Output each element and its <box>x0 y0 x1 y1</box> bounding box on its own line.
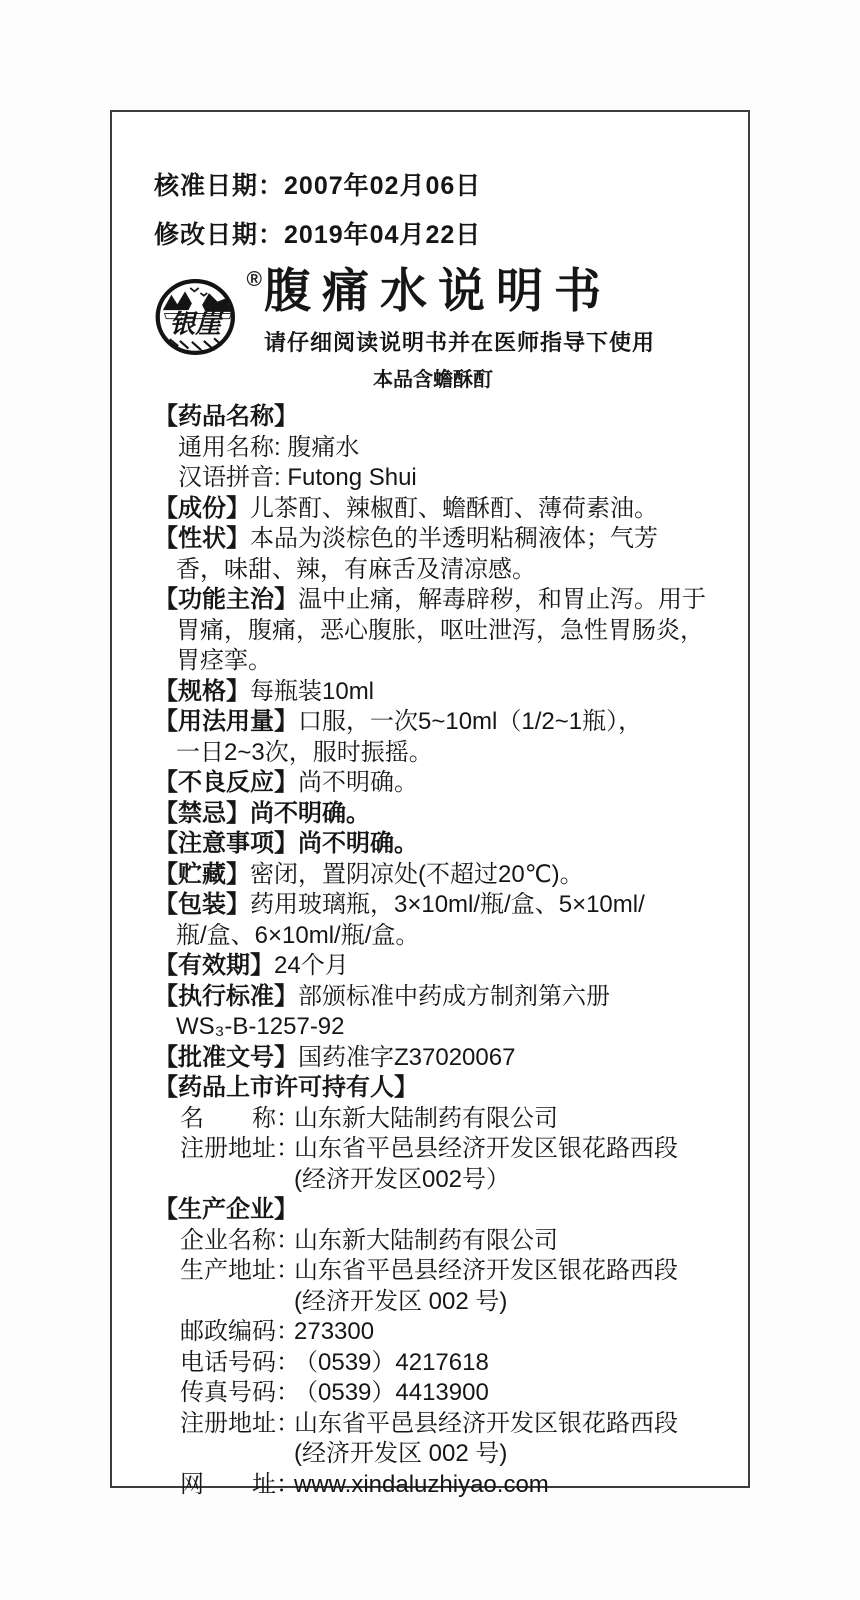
mah-name-label: 名 称： <box>180 1104 294 1135</box>
production-address-row: 生产地址： 山东省平邑县经济开发区银花路西段 (经济开发区 002 号) <box>154 1256 714 1317</box>
section-dosage: 【用法用量】口服，一次5~10ml（1/2~1瓶）， <box>154 707 714 738</box>
dates-block: 核准日期：2007年02月06日 修改日期：2019年04月22日 <box>154 166 714 251</box>
section-adverse-reactions-text: 尚不明确。 <box>298 769 418 796</box>
section-storage-label: 【贮藏】 <box>154 861 250 888</box>
section-standard-label: 【执行标准】 <box>154 983 298 1010</box>
production-address-line-1: 山东省平邑县经济开发区银花路西段 <box>294 1256 714 1287</box>
section-standard-text: 部颁标准中药成方制剂第六册 <box>298 983 610 1010</box>
website-row: 网 址： www.xindaluzhiyao.com <box>154 1470 714 1501</box>
section-packaging: 【包装】药用玻璃瓶，3×10ml/瓶/盒、5×10ml/ <box>154 890 714 921</box>
section-precautions-label: 【注意事项】 <box>154 830 298 857</box>
manufacturer-name-row: 企业名称： 山东新大陆制药有限公司 <box>154 1226 714 1257</box>
registered-address-line-1: 山东省平邑县经济开发区银花路西段 <box>294 1409 714 1440</box>
header: 银崖 ® 腹痛水说明书 请仔细阅读说明书并在医师指导下使用 本品含蟾酥酊 <box>154 264 714 392</box>
section-functions-label: 【功能主治】 <box>154 586 298 613</box>
section-contraindications: 【禁忌】尚不明确。 <box>154 799 714 830</box>
section-mah-label: 【药品上市许可持有人】 <box>154 1074 418 1101</box>
section-specification: 【规格】每瓶装10ml <box>154 677 714 708</box>
section-validity: 【有效期】24个月 <box>154 951 714 982</box>
leaflet-sheet: 核准日期：2007年02月06日 修改日期：2019年04月22日 银崖 ® <box>110 110 750 1488</box>
phone-number-row: 电话号码： （0539）4217618 <box>154 1348 714 1379</box>
mah-name-value: 山东新大陆制药有限公司 <box>294 1104 714 1135</box>
registered-address-line-2: (经济开发区 002 号) <box>294 1439 714 1470</box>
approval-date-line: 核准日期：2007年02月06日 <box>154 166 714 202</box>
section-adverse-reactions-label: 【不良反应】 <box>154 769 298 796</box>
revision-date-value: 2019年04月22日 <box>284 221 481 249</box>
production-address-line-2: (经济开发区 002 号) <box>294 1287 714 1318</box>
section-properties: 【性状】本品为淡棕色的半透明粘稠液体；气芳 <box>154 524 714 555</box>
section-packaging-text-1: 药用玻璃瓶，3×10ml/瓶/盒、5×10ml/ <box>250 891 645 918</box>
page-title: 腹痛水说明书 <box>264 264 714 318</box>
section-manufacturer-label: 【生产企业】 <box>154 1196 298 1223</box>
mah-name-row: 名 称： 山东新大陆制药有限公司 <box>154 1104 714 1135</box>
section-standard-code: WS₃-B-1257-92 <box>154 1012 714 1043</box>
brand-logo-icon: 银崖 <box>154 276 240 358</box>
section-approval-number: 【批准文号】国药准字Z37020067 <box>154 1043 714 1074</box>
section-dosage-text-2: 一日2~3次，服时振摇。 <box>154 738 714 769</box>
approval-date-value: 2007年02月06日 <box>284 172 481 200</box>
postal-code-label: 邮政编码： <box>180 1317 294 1348</box>
fax-number-value: （0539）4413900 <box>294 1378 714 1409</box>
section-mah: 【药品上市许可持有人】 <box>154 1073 714 1104</box>
section-contraindications-label: 【禁忌】 <box>154 800 250 827</box>
section-validity-text: 24个月 <box>274 952 349 979</box>
leaflet-body: 【药品名称】 通用名称: 腹痛水 汉语拼音: Futong Shui 【成份】儿… <box>154 402 714 1500</box>
section-approval-number-text: 国药准字Z37020067 <box>298 1044 515 1071</box>
section-adverse-reactions: 【不良反应】尚不明确。 <box>154 768 714 799</box>
section-ingredients: 【成份】儿茶酊、辣椒酊、蟾酥酊、薄荷素油。 <box>154 494 714 525</box>
mah-address-line-1: 山东省平邑县经济开发区银花路西段 <box>294 1134 714 1165</box>
manufacturer-name-label: 企业名称： <box>180 1226 294 1257</box>
registered-trademark-icon: ® <box>247 268 262 292</box>
section-ingredients-label: 【成份】 <box>154 495 250 522</box>
section-drug-name: 【药品名称】 <box>154 402 714 433</box>
phone-number-value: （0539）4217618 <box>294 1348 714 1379</box>
brand-logo: 银崖 ® <box>154 276 250 392</box>
section-precautions-text: 尚不明确。 <box>298 830 418 857</box>
website-label: 网 址： <box>180 1470 294 1501</box>
revision-date-line: 修改日期：2019年04月22日 <box>154 215 714 251</box>
registered-address-value: 山东省平邑县经济开发区银花路西段 (经济开发区 002 号) <box>294 1409 714 1470</box>
phone-number-label: 电话号码： <box>180 1348 294 1379</box>
section-functions-text-1: 温中止痛，解毒辟秽，和胃止泻。用于 <box>298 586 706 613</box>
mah-address-value: 山东省平邑县经济开发区银花路西段 (经济开发区002号） <box>294 1134 714 1195</box>
website-value: www.xindaluzhiyao.com <box>294 1470 714 1501</box>
section-precautions: 【注意事项】尚不明确。 <box>154 829 714 860</box>
section-validity-label: 【有效期】 <box>154 952 274 979</box>
section-dosage-text-1: 口服，一次5~10ml（1/2~1瓶）， <box>298 708 642 735</box>
section-standard: 【执行标准】部颁标准中药成方制剂第六册 <box>154 982 714 1013</box>
approval-date-label: 核准日期： <box>154 172 284 200</box>
mah-address-label: 注册地址： <box>180 1134 294 1195</box>
section-functions-text-3: 胃痉挛。 <box>154 646 714 677</box>
section-specification-text: 每瓶装10ml <box>250 678 374 705</box>
svg-text:银崖: 银崖 <box>170 309 225 338</box>
mah-address-line-2: (经济开发区002号） <box>294 1165 714 1196</box>
production-address-value: 山东省平邑县经济开发区银花路西段 (经济开发区 002 号) <box>294 1256 714 1317</box>
registered-address-label: 注册地址： <box>180 1409 294 1470</box>
section-properties-label: 【性状】 <box>154 525 250 552</box>
postal-code-value: 273300 <box>294 1317 714 1348</box>
generic-name-line: 通用名称: 腹痛水 <box>154 433 714 464</box>
section-packaging-label: 【包装】 <box>154 891 250 918</box>
section-specification-label: 【规格】 <box>154 678 250 705</box>
production-address-label: 生产地址： <box>180 1256 294 1317</box>
fax-number-label: 传真号码： <box>180 1378 294 1409</box>
read-instructions-notice: 请仔细阅读说明书并在医师指导下使用 <box>264 326 714 357</box>
manufacturer-name-value: 山东新大陆制药有限公司 <box>294 1226 714 1257</box>
registered-address-row: 注册地址： 山东省平邑县经济开发区银花路西段 (经济开发区 002 号) <box>154 1409 714 1470</box>
section-properties-text-2: 香，味甜、辣，有麻舌及清凉感。 <box>154 555 714 586</box>
section-contraindications-text: 尚不明确。 <box>250 800 370 827</box>
section-approval-number-label: 【批准文号】 <box>154 1044 298 1071</box>
postal-code-row: 邮政编码： 273300 <box>154 1317 714 1348</box>
section-storage-text: 密闭，置阴凉处(不超过20℃)。 <box>250 861 584 888</box>
title-block: 腹痛水说明书 请仔细阅读说明书并在医师指导下使用 本品含蟾酥酊 <box>264 264 714 392</box>
fax-number-row: 传真号码： （0539）4413900 <box>154 1378 714 1409</box>
mah-address-row: 注册地址： 山东省平邑县经济开发区银花路西段 (经济开发区002号） <box>154 1134 714 1195</box>
section-properties-text-1: 本品为淡棕色的半透明粘稠液体；气芳 <box>250 525 658 552</box>
section-functions: 【功能主治】温中止痛，解毒辟秽，和胃止泻。用于 <box>154 585 714 616</box>
section-storage: 【贮藏】密闭，置阴凉处(不超过20℃)。 <box>154 860 714 891</box>
section-drug-name-label: 【药品名称】 <box>154 403 298 430</box>
section-ingredients-text: 儿茶酊、辣椒酊、蟾酥酊、薄荷素油。 <box>250 495 658 522</box>
pinyin-line: 汉语拼音: Futong Shui <box>154 463 714 494</box>
section-packaging-text-2: 瓶/盒、6×10ml/瓶/盒。 <box>154 921 714 952</box>
contains-notice: 本品含蟾酥酊 <box>264 363 714 392</box>
revision-date-label: 修改日期： <box>154 221 284 249</box>
section-manufacturer: 【生产企业】 <box>154 1195 714 1226</box>
section-functions-text-2: 胃痛，腹痛，恶心腹胀，呕吐泄泻，急性胃肠炎， <box>154 616 714 647</box>
section-dosage-label: 【用法用量】 <box>154 708 298 735</box>
